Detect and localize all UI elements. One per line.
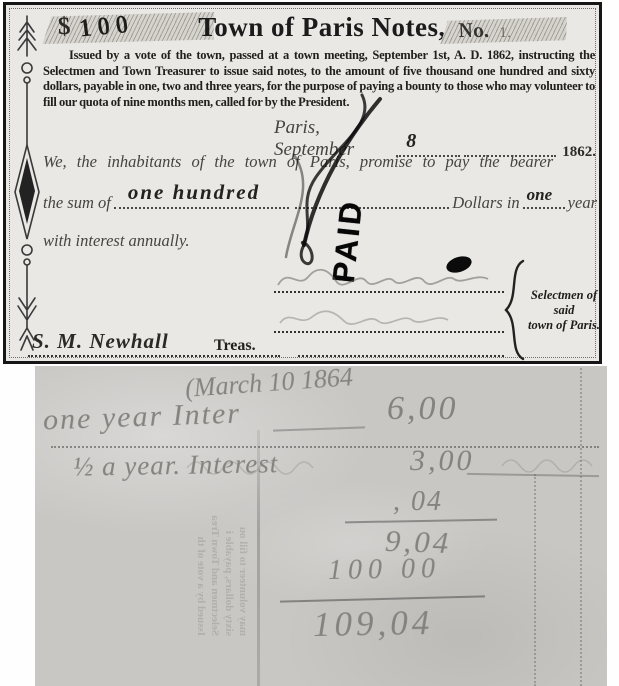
treasurer-signature: S. M. Newhall [32,329,169,354]
sum-prefix: the sum of [43,193,111,213]
amount-value: $ 100 [55,13,137,41]
entry2-label: ½ a year. Interest [73,448,279,483]
entry1-label: one year Inter [42,397,241,438]
pencil-underline [345,519,497,524]
sum-blank: one hundred [114,203,289,209]
note-reverse: may volunteer to fill ou sixty dollars, … [35,366,607,686]
entry2-value: 3,00 [410,444,475,478]
sum-written: one hundred [128,180,260,205]
scanned-document-page: $ 100 Town of Paris Notes, No. 1. Issued… [0,0,619,686]
amount-numeral: 100 [75,11,138,44]
term-blank: one [523,203,565,209]
number-field: No. 1. [455,18,512,43]
entry5-value: 100 00 [328,553,442,587]
entry3-value: , 04 [393,486,443,518]
number-label: No. [455,18,491,43]
dollars-label: Dollars in [452,193,519,213]
selectmen-brace [503,259,525,361]
promissory-note-front: $ 100 Town of Paris Notes, No. 1. Issued… [3,2,602,364]
third-signature-line [298,327,504,357]
interest-clause: with interest annually. [43,231,190,251]
total-value: 109,04 [313,603,434,645]
term-suffix: year [568,193,597,213]
treasurer-signature-line: S. M. Newhall Treas. [28,327,280,357]
selectman-signature-line-1 [274,263,504,293]
selectmen-label-line2: town of Paris. [525,318,603,333]
treasurer-title: Treas. [214,337,256,355]
note-title: Town of Paris Notes, [174,12,470,42]
bleedthrough-dotted-border [580,368,582,686]
selectmen-label-line1: Selectmen of said [525,288,603,318]
selectmen-label: Selectmen of said town of Paris. [525,288,603,333]
entry1-value: 6,00 [387,390,459,428]
sum-rule [280,595,485,602]
term-written: one [527,185,553,205]
bleedthrough-rule [51,446,599,448]
dateline-day: 8 [406,130,416,153]
selectman-signature-1 [274,263,504,291]
pencil-dash [273,426,365,431]
border-ornament-icon [12,10,42,354]
bleedthrough-dotted-border [534,474,536,686]
